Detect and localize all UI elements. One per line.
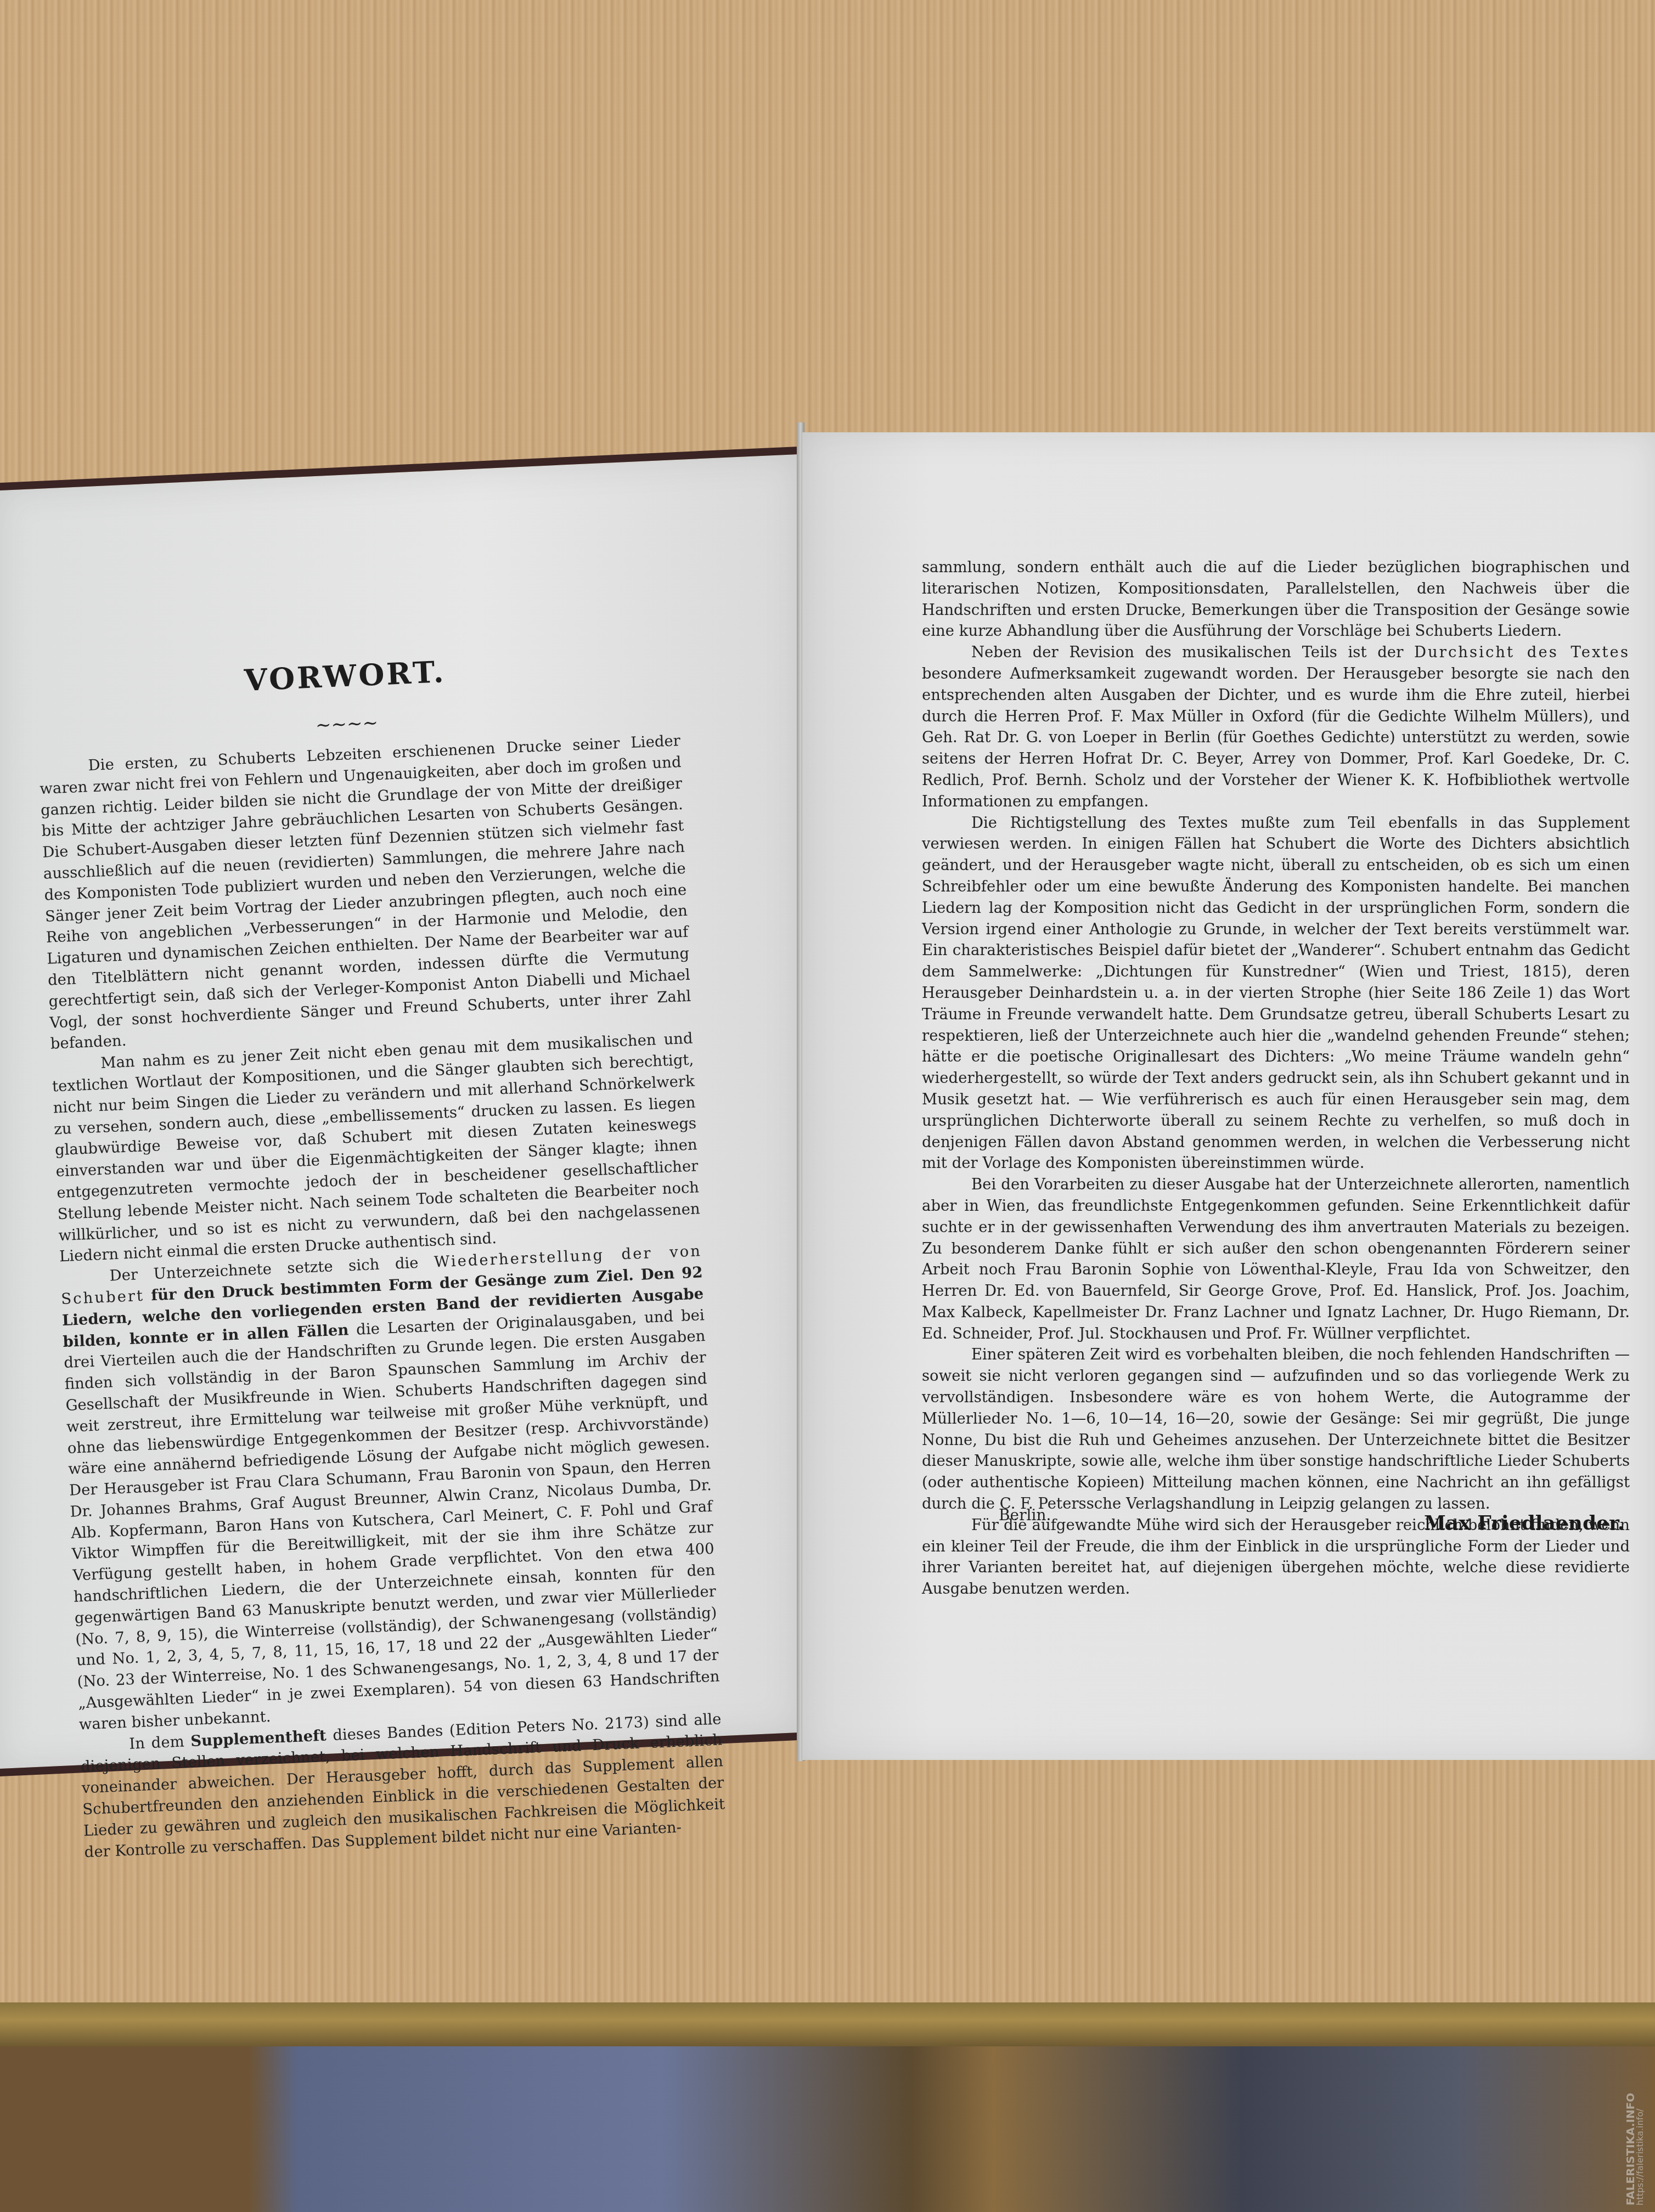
text-run: Neben der Revision des musikalischen Tei… bbox=[971, 644, 1414, 661]
left-page-text: Die ersten, zu Schuberts Lebzeiten ersch… bbox=[38, 730, 726, 1863]
spaced-emphasis: Durchsicht des Textes bbox=[1414, 644, 1630, 661]
paragraph: Bei den Vorarbeiten zu dieser Ausgabe ha… bbox=[922, 1174, 1630, 1344]
title-flourish-ornament: ~~~~ bbox=[315, 712, 379, 737]
watermark: FALERISTIKA.INFO https://faleristika.inf… bbox=[1625, 2085, 1647, 2205]
right-page-text: sammlung, sondern enthält auch die auf d… bbox=[922, 557, 1630, 1600]
watermark-brand: FALERISTIKA.INFO bbox=[1625, 2085, 1635, 2205]
text-run: die Lesarten der Originalausgaben, und b… bbox=[64, 1306, 720, 1734]
bold-emphasis: Supplementheft bbox=[190, 1726, 327, 1750]
table-edge bbox=[0, 2002, 1655, 2046]
paragraph: In dem Supplementheft dieses Bandes (Edi… bbox=[80, 1708, 727, 1863]
paragraph: Einer späteren Zeit wird es vorbehalten … bbox=[922, 1344, 1630, 1514]
author-signature: Max Friedlaender. bbox=[1424, 1511, 1624, 1534]
paragraph: Die Richtigstellung des Textes mußte zum… bbox=[922, 812, 1630, 1175]
paragraph: Neben der Revision des musikalischen Tei… bbox=[922, 642, 1630, 812]
place-line: Berlin. bbox=[999, 1506, 1051, 1524]
paragraph: Der Unterzeichnete setzte sich die Wiede… bbox=[60, 1240, 721, 1735]
text-run: besondere Aufmerksamkeit zugewandt worde… bbox=[922, 665, 1630, 810]
paragraph: Die ersten, zu Schuberts Lebzeiten ersch… bbox=[38, 730, 693, 1055]
text-run: In dem bbox=[129, 1733, 191, 1753]
floor-background bbox=[0, 2046, 1655, 2212]
paragraph: Man nahm es zu jener Zeit nicht eben gen… bbox=[51, 1028, 701, 1268]
paragraph-continuation: sammlung, sondern enthält auch die auf d… bbox=[922, 557, 1630, 642]
